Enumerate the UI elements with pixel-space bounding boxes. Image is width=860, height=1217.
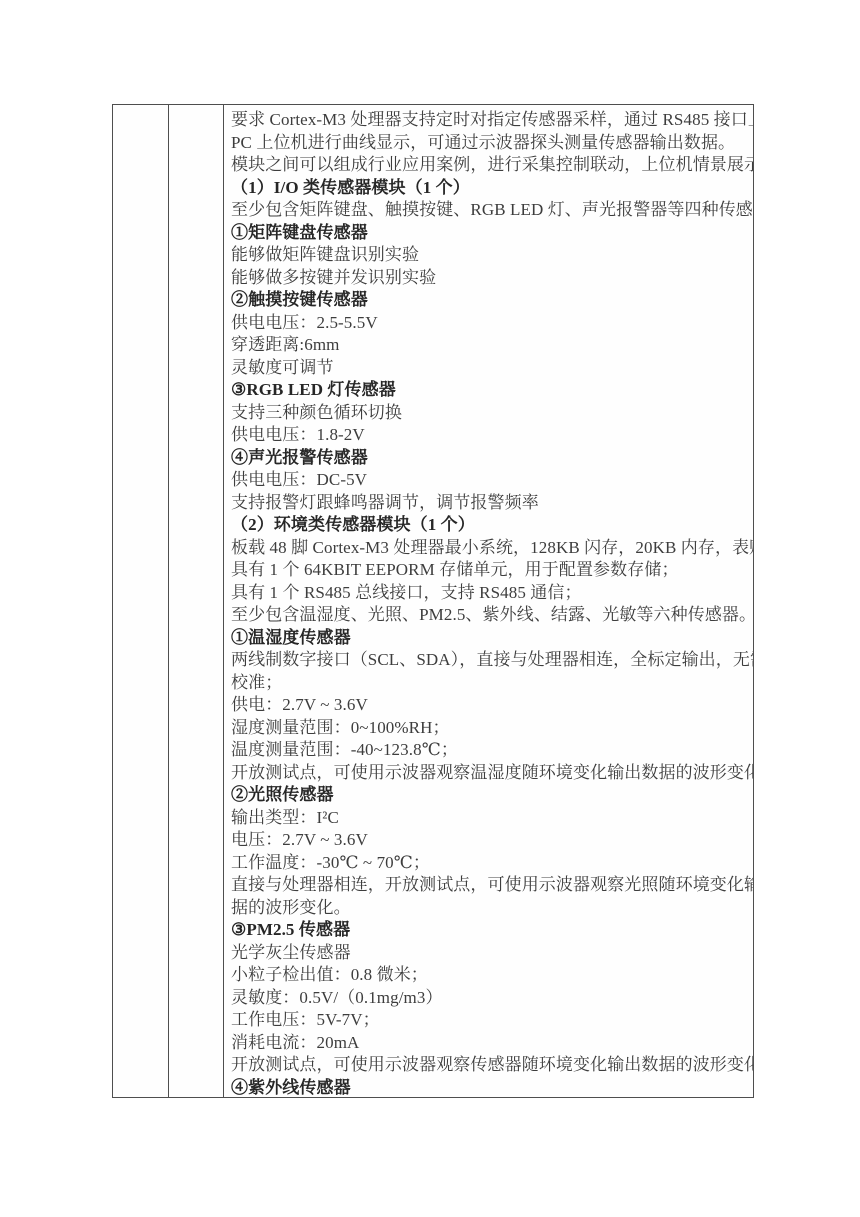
spec-heading-line: ②光照传感器 bbox=[231, 784, 749, 807]
spec-text-line: 供电电压：1.8-2V bbox=[231, 424, 749, 447]
spec-text-line: 至少包含温湿度、光照、PM2.5、紫外线、结露、光敏等六种传感器。 bbox=[231, 604, 749, 627]
table-empty-column-2 bbox=[169, 105, 224, 1097]
spec-text-line: 消耗电流：20mA bbox=[231, 1032, 749, 1055]
spec-text-line: 能够做多按键并发识别实验 bbox=[231, 267, 749, 290]
spec-table: 要求 Cortex-M3 处理器支持定时对指定传感器采样，通过 RS485 接口… bbox=[112, 104, 754, 1098]
spec-text-line: 小粒子检出值：0.8 微米； bbox=[231, 964, 749, 987]
document-page: 要求 Cortex-M3 处理器支持定时对指定传感器采样，通过 RS485 接口… bbox=[0, 0, 860, 1217]
spec-text-line: 湿度测量范围：0~100%RH； bbox=[231, 717, 749, 740]
spec-text-line: 直接与处理器相连，开放测试点，可使用示波器观察光照随环境变化输出数 bbox=[231, 874, 749, 897]
spec-text-line: 开放测试点，可使用示波器观察传感器随环境变化输出数据的波形变化。 bbox=[231, 1054, 749, 1077]
spec-text-line: 支持报警灯跟蜂鸣器调节，调节报警频率 bbox=[231, 492, 749, 515]
spec-text-line: 输出类型：I²C bbox=[231, 807, 749, 830]
spec-text-line: 工作温度：-30℃ ~ 70℃； bbox=[231, 852, 749, 875]
spec-heading-line: ②触摸按键传感器 bbox=[231, 289, 749, 312]
spec-text-line: 支持三种颜色循环切换 bbox=[231, 402, 749, 425]
spec-text-line: 穿透距离:6mm bbox=[231, 334, 749, 357]
spec-text-line: 能够做矩阵键盘识别实验 bbox=[231, 244, 749, 267]
spec-text-line: 供电电压：2.5-5.5V bbox=[231, 312, 749, 335]
spec-text-line: 电压：2.7V ~ 3.6V bbox=[231, 829, 749, 852]
spec-heading-line: ④紫外线传感器 bbox=[231, 1077, 749, 1098]
spec-text-line: PC 上位机进行曲线显示，可通过示波器探头测量传感器输出数据。 bbox=[231, 132, 749, 155]
spec-text-line: 要求 Cortex-M3 处理器支持定时对指定传感器采样，通过 RS485 接口… bbox=[231, 109, 749, 132]
spec-text-line: 校准； bbox=[231, 672, 749, 695]
table-empty-column-1 bbox=[113, 105, 169, 1097]
spec-text-line: 两线制数字接口（SCL、SDA），直接与处理器相连，全标定输出，无需重新 bbox=[231, 649, 749, 672]
spec-heading-line: ①矩阵键盘传感器 bbox=[231, 222, 749, 245]
spec-text-line: 温度测量范围：-40~123.8℃； bbox=[231, 739, 749, 762]
spec-text-line: 具有 1 个 64KBIT EEPORM 存储单元，用于配置参数存储； bbox=[231, 559, 749, 582]
spec-text-line: 灵敏度：0.5V/（0.1mg/m3） bbox=[231, 987, 749, 1010]
spec-text-line: 开放测试点，可使用示波器观察温湿度随环境变化输出数据的波形变化。 bbox=[231, 762, 749, 785]
spec-heading-line: ④声光报警传感器 bbox=[231, 447, 749, 470]
spec-content-cell: 要求 Cortex-M3 处理器支持定时对指定传感器采样，通过 RS485 接口… bbox=[224, 105, 753, 1097]
spec-heading-line: ③RGB LED 灯传感器 bbox=[231, 379, 749, 402]
spec-text-line: 光学灰尘传感器 bbox=[231, 942, 749, 965]
spec-text-line: 供电电压：DC-5V bbox=[231, 469, 749, 492]
spec-text-line: 模块之间可以组成行业应用案例，进行采集控制联动，上位机情景展示。 bbox=[231, 154, 749, 177]
spec-heading-line: （1）I/O 类传感器模块（1 个） bbox=[231, 177, 749, 200]
spec-text-line: 板载 48 脚 Cortex-M3 处理器最小系统，128KB 闪存，20KB … bbox=[231, 537, 749, 560]
spec-text-line: 至少包含矩阵键盘、触摸按键、RGB LED 灯、声光报警器等四种传感器模块； bbox=[231, 199, 749, 222]
spec-text-line: 灵敏度可调节 bbox=[231, 357, 749, 380]
spec-heading-line: ①温湿度传感器 bbox=[231, 627, 749, 650]
spec-text-line: 工作电压：5V-7V； bbox=[231, 1009, 749, 1032]
spec-heading-line: ③PM2.5 传感器 bbox=[231, 919, 749, 942]
spec-heading-line: （2）环境类传感器模块（1 个） bbox=[231, 514, 749, 537]
spec-text-line: 具有 1 个 RS485 总线接口，支持 RS485 通信； bbox=[231, 582, 749, 605]
spec-text-line: 据的波形变化。 bbox=[231, 897, 749, 920]
spec-text-line: 供电：2.7V ~ 3.6V bbox=[231, 694, 749, 717]
